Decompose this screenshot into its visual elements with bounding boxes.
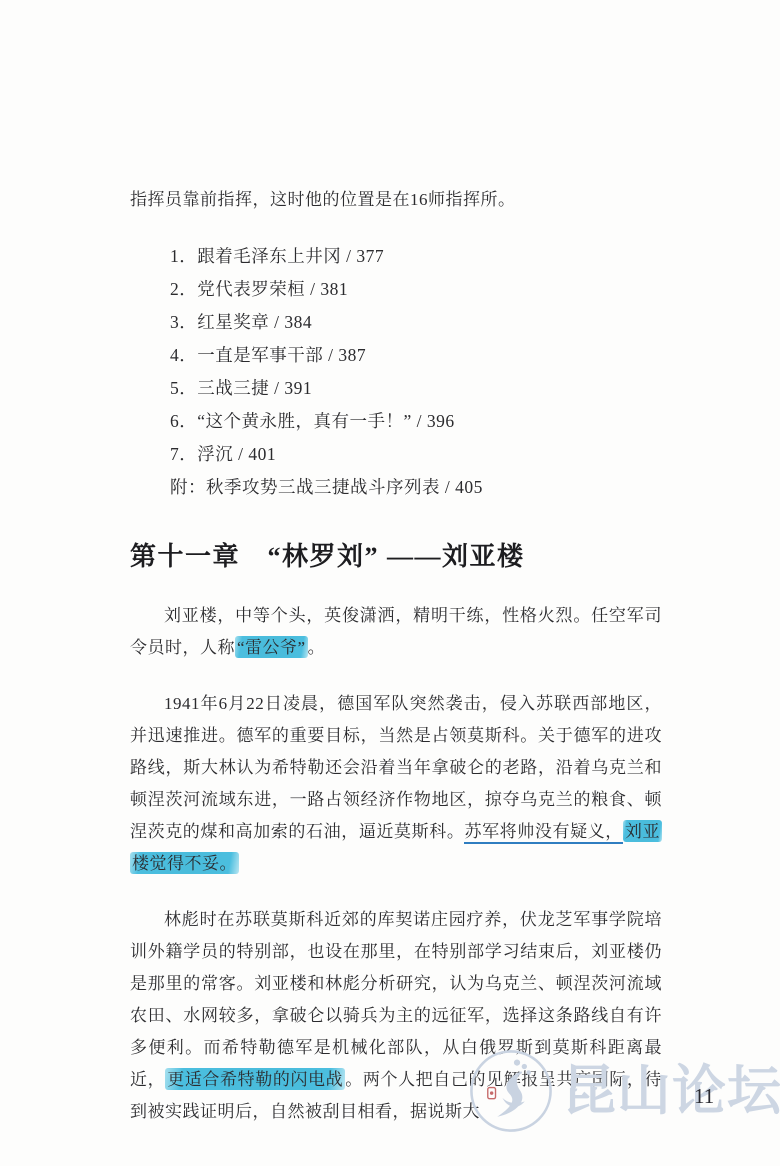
- paragraph: 林彪时在苏联莫斯科近郊的库契诺庄园疗养，伏龙芝军事学院培训外籍学员的特别部，也设…: [130, 904, 662, 1128]
- continued-paragraph: 指挥员靠前指挥，这时他的位置是在16师指挥所。: [130, 184, 662, 216]
- text-run: 。: [308, 638, 326, 657]
- underline-marked-text: 苏军将帅没有疑义，: [464, 822, 622, 844]
- page-number: 11: [694, 1084, 714, 1109]
- paragraph: 刘亚楼，中等个头，英俊潇洒，精明干练，性格火烈。任空军司令员时，人称“雷公爷”。: [130, 600, 662, 664]
- toc-item: 4．一直是军事干部 / 387: [170, 339, 662, 372]
- text-run: 林彪时在苏联莫斯科近郊的库契诺庄园疗养，伏龙芝军事学院培训外籍学员的特别部，也设…: [130, 910, 662, 1089]
- toc-item-appendix: 附：秋季攻势三战三捷战斗序列表 / 405: [170, 471, 662, 504]
- paragraph: 1941年6月22日凌晨，德国军队突然袭击，侵入苏联西部地区，并迅速推进。德军的…: [130, 688, 662, 880]
- toc-item: 6．“这个黄永胜，真有一手！” / 396: [170, 405, 662, 438]
- text-run: 刘亚楼，中等个头，英俊潇洒，精明干练，性格火烈。任空军司令员时，人称: [130, 606, 662, 657]
- page-content: 指挥员靠前指挥，这时他的位置是在16师指挥所。 1．跟着毛泽东上井冈 / 377…: [130, 184, 662, 1128]
- toc-item: 3．红星奖章 / 384: [170, 306, 662, 339]
- toc-item: 1．跟着毛泽东上井冈 / 377: [170, 240, 662, 273]
- toc-item: 2．党代表罗荣桓 / 381: [170, 273, 662, 306]
- book-page: 指挥员靠前指挥，这时他的位置是在16师指挥所。 1．跟着毛泽东上井冈 / 377…: [0, 0, 780, 1166]
- toc-item: 7．浮沉 / 401: [170, 438, 662, 471]
- chapter-toc: 1．跟着毛泽东上井冈 / 377 2．党代表罗荣桓 / 381 3．红星奖章 /…: [130, 240, 662, 504]
- highlight-marked-text: “雷公爷”: [235, 636, 308, 658]
- highlight-marked-text: 更适合希特勒的闪电战: [165, 1068, 345, 1090]
- chapter-title: 第十一章 “林罗刘” ——刘亚楼: [130, 538, 662, 576]
- toc-item: 5．三战三捷 / 391: [170, 372, 662, 405]
- text-run: 1941年6月22日凌晨，德国军队突然袭击，侵入苏联西部地区，并迅速推进。德军的…: [130, 694, 662, 841]
